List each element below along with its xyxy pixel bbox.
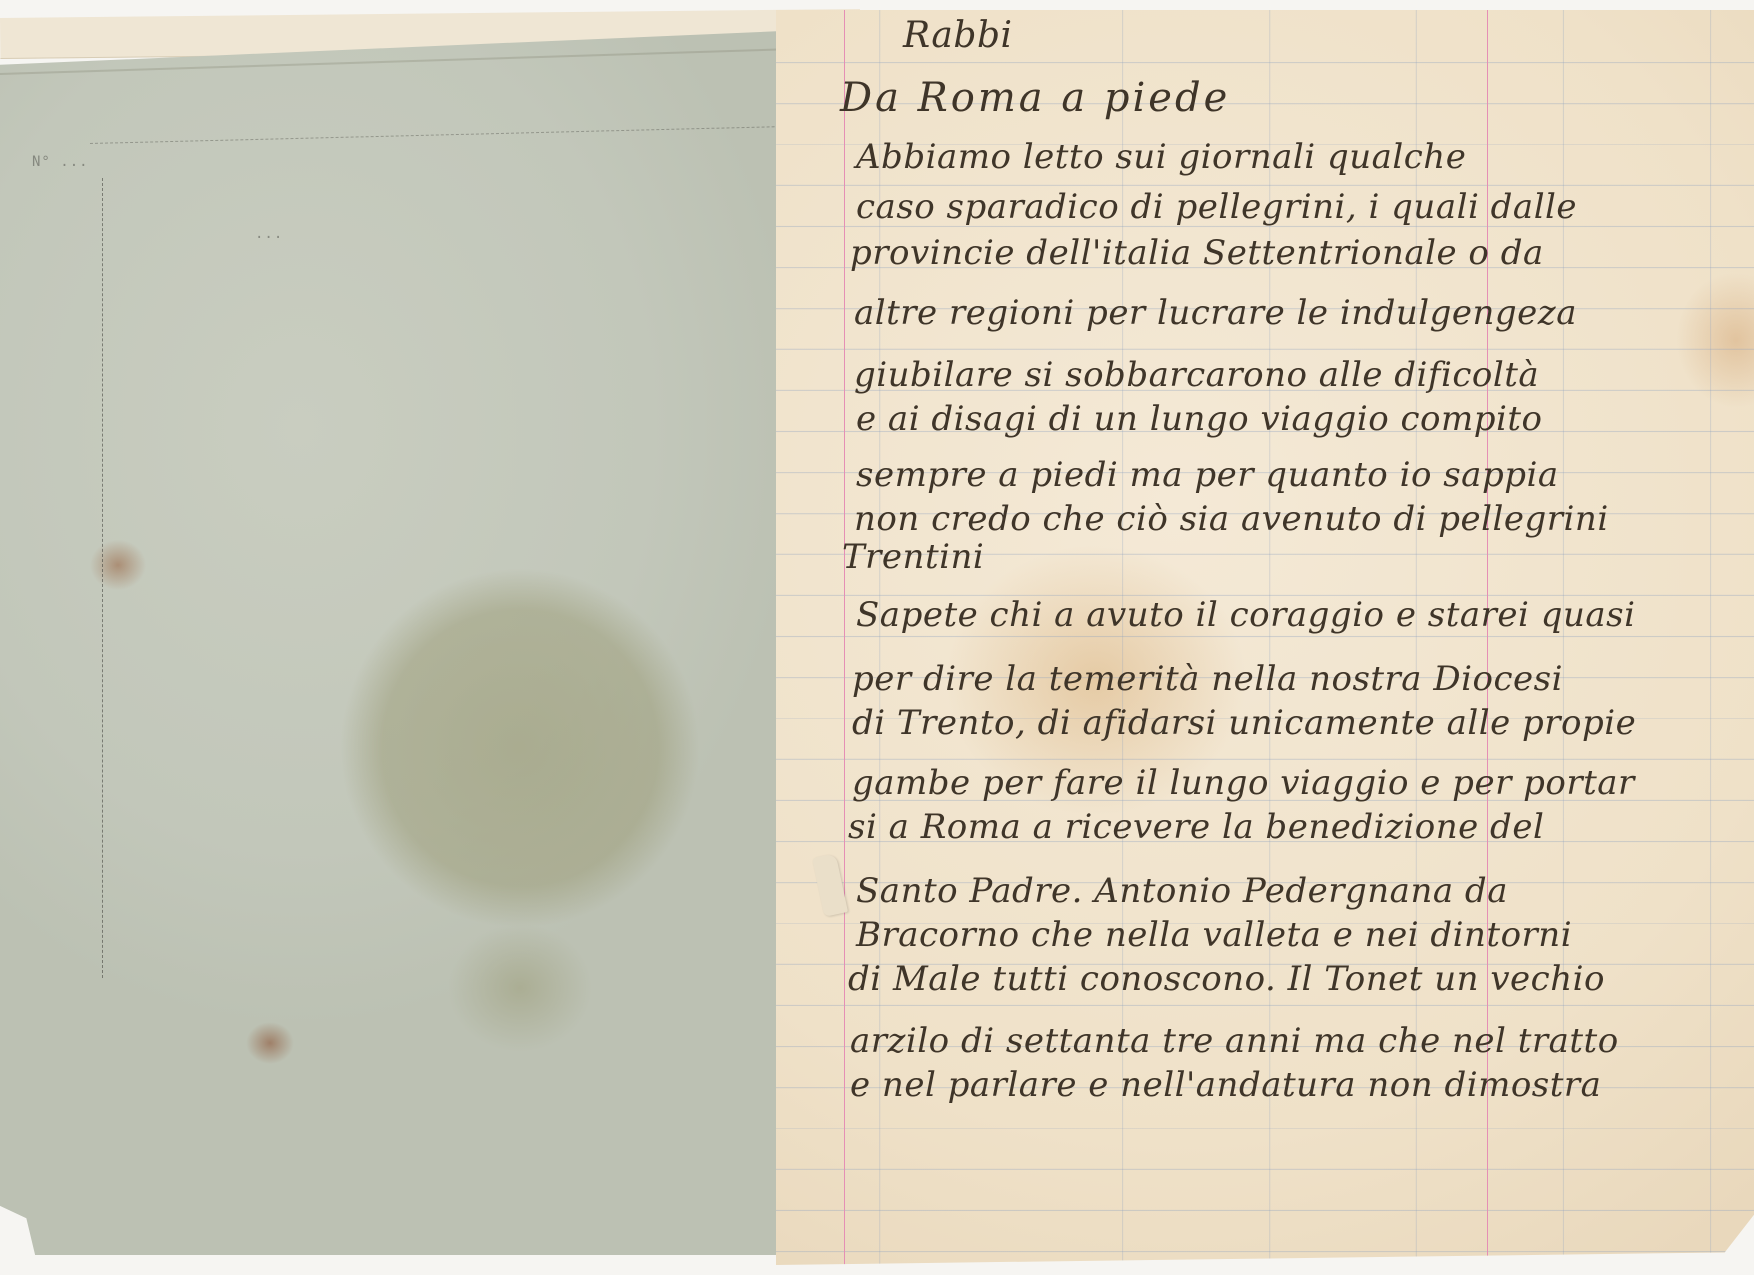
notebook-cover-left: N° ... ...: [0, 28, 878, 1255]
cover-faint-mark: N° ...: [32, 154, 89, 170]
cover-faint-mark: ...: [255, 226, 283, 242]
text-line: di Male tutti conoscono. Il Tonet un vec…: [848, 962, 1605, 996]
text-line: non credo che ciò sia avenuto di pellegr…: [854, 502, 1609, 536]
text-line: Santo Padre. Antonio Pedergnana da: [856, 874, 1508, 908]
text-line: arzilo di settanta tre anni ma che nel t…: [850, 1024, 1619, 1058]
text-line: caso sparadico di pellegrini, i quali da…: [856, 190, 1577, 224]
text-line: provincie dell'italia Settentrionale o d…: [850, 236, 1544, 270]
text-line: e ai disagi di un lungo viaggio compito: [856, 402, 1543, 436]
cover-dotted-line: [90, 124, 850, 145]
text-line: Abbiamo letto sui giornali qualche: [856, 140, 1466, 174]
text-line: Bracorno che nella valleta e nei dintorn…: [856, 918, 1572, 952]
text-line: per dire la temerità nella nostra Dioces…: [852, 662, 1563, 696]
text-line: altre regioni per lucrare le indulgengez…: [854, 296, 1577, 330]
text-line: di Trento, di afidarsi unicamente alle p…: [852, 706, 1636, 740]
page-title: Da Roma a piede: [840, 78, 1230, 118]
text-line: si a Roma a ricevere la benedizione del: [848, 810, 1544, 844]
left-margin-line: [844, 10, 845, 1265]
text-line: e nel parlare e nell'andatura non dimost…: [850, 1068, 1601, 1102]
text-line: giubilare si sobbarcarono alle dificoltà: [854, 358, 1539, 392]
cover-frame-line: [102, 178, 104, 978]
text-line: gambe per fare il lungo viaggio e per po…: [852, 766, 1635, 800]
page-annotation: Rabbi: [903, 18, 1013, 54]
text-line: Trentini: [842, 540, 984, 574]
text-line: sempre a piedi ma per quanto io sappia: [856, 458, 1559, 492]
text-line: Sapete chi a avuto il coraggio e starei …: [856, 598, 1635, 632]
